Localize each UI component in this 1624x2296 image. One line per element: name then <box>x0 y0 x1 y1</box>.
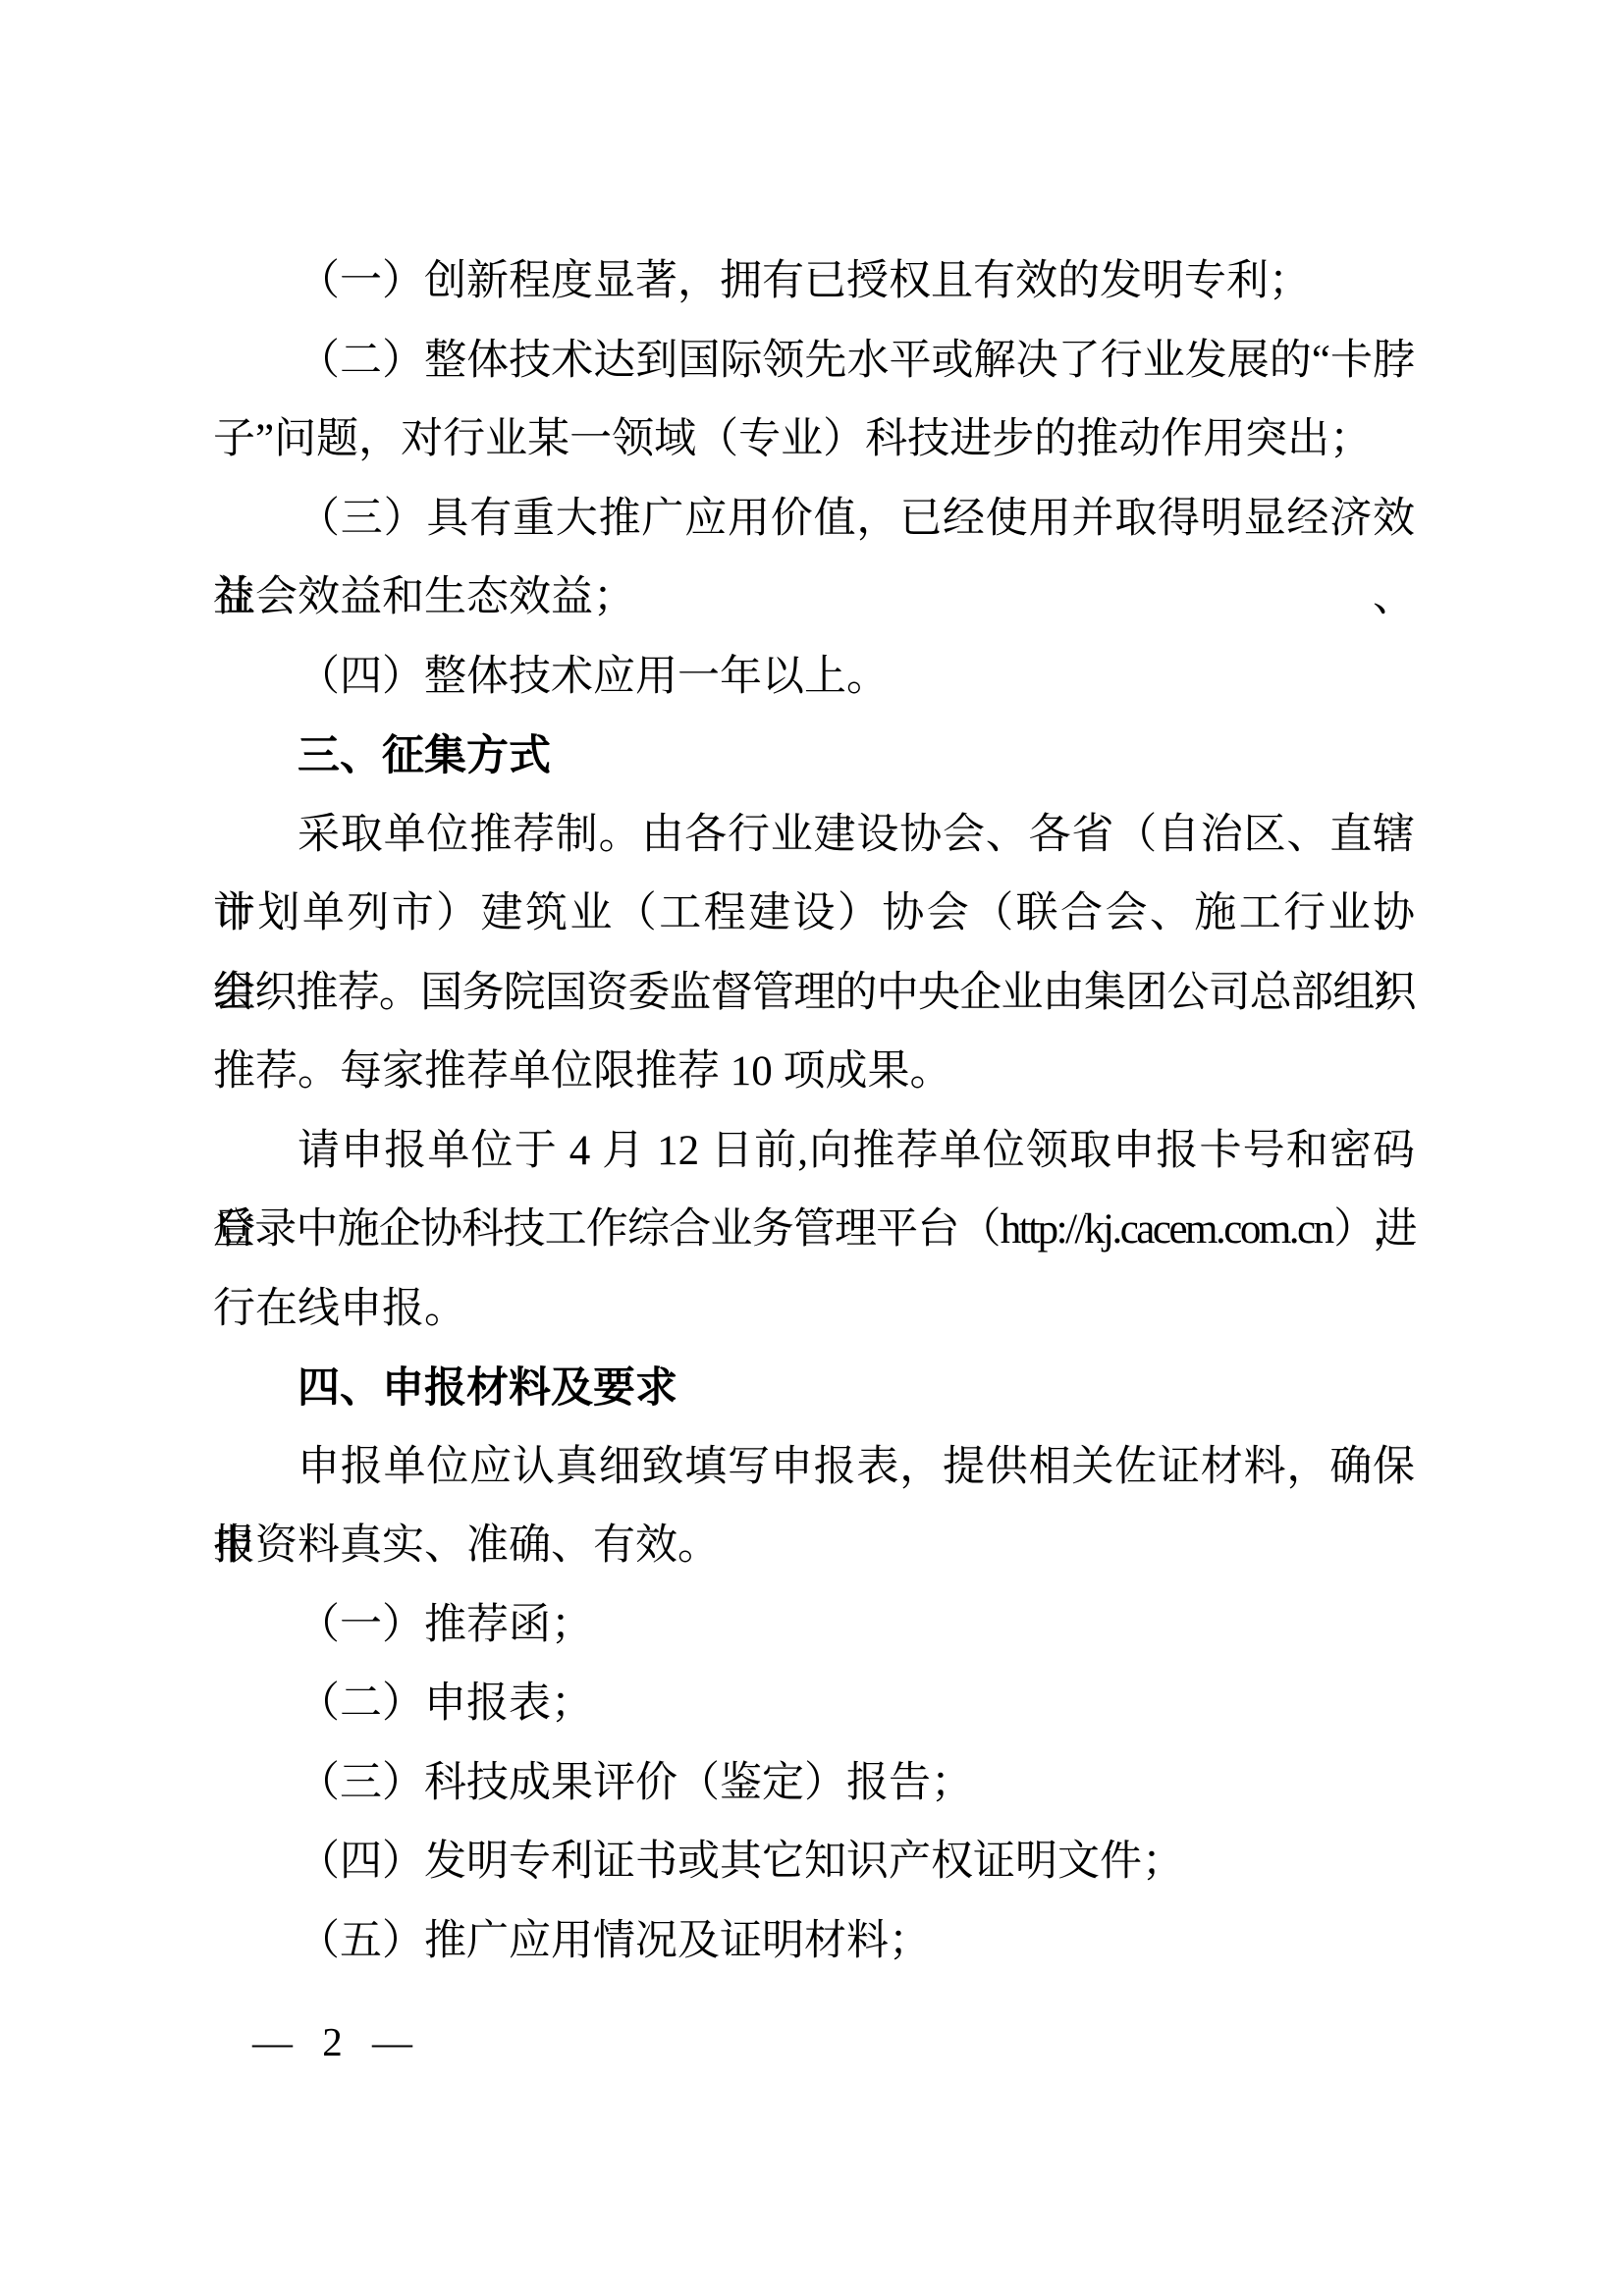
text-line: （二）申报表； <box>213 1665 1415 1744</box>
text-line: 计划单列市）建筑业（工程建设）协会（联合会、施工行业协会） <box>213 875 1415 954</box>
text-line: （五）推广应用情况及证明材料； <box>213 1902 1415 1982</box>
text-lines: （一）创新程度显著，拥有已授权且有效的发明专利；（二）整体技术达到国际领先水平或… <box>213 242 1415 1981</box>
text-line: （四）整体技术应用一年以上。 <box>213 638 1415 718</box>
text-line: 申报单位应认真细致填写申报表，提供相关佐证材料，确保申 <box>213 1428 1415 1508</box>
text-line: （一）推荐函； <box>213 1586 1415 1666</box>
text-line: 采取单位推荐制。由各行业建设协会、各省（自治区、直辖市、 <box>213 796 1415 876</box>
section-heading: 四、申报材料及要求 <box>213 1349 1415 1428</box>
text-line: 组织推荐。国务院国资委监督管理的中央企业由集团公司总部组织 <box>213 954 1415 1034</box>
text-line: 子”问题，对行业某一领域（专业）科技进步的推动作用突出； <box>213 400 1415 480</box>
text-line: 报资料真实、准确、有效。 <box>213 1507 1415 1586</box>
page-number: — 2 — <box>252 2014 414 2069</box>
text-line: （一）创新程度显著，拥有已授权且有效的发明专利； <box>213 242 1415 322</box>
text-line: （四）发明专利证书或其它知识产权证明文件； <box>213 1823 1415 1902</box>
document-page: （一）创新程度显著，拥有已授权且有效的发明专利；（二）整体技术达到国际领先水平或… <box>0 0 1624 2296</box>
text-line: （三）具有重大推广应用价值，已经使用并取得明显经济效益、 <box>213 480 1415 560</box>
text-line: 推荐。每家推荐单位限推荐 10 项成果。 <box>213 1033 1415 1112</box>
text-line: （三）科技成果评价（鉴定）报告； <box>213 1744 1415 1824</box>
text-line: 行在线申报。 <box>213 1270 1415 1350</box>
text-line: 登录中施企协科技工作综合业务管理平台（http://kj.cacem.com.c… <box>213 1191 1415 1270</box>
text-line: （二）整体技术达到国际领先水平或解决了行业发展的“卡脖 <box>213 322 1415 401</box>
text-line: 请申报单位于 4 月 12 日前,向推荐单位领取申报卡号和密码后， <box>213 1112 1415 1192</box>
section-heading: 三、征集方式 <box>213 717 1415 796</box>
